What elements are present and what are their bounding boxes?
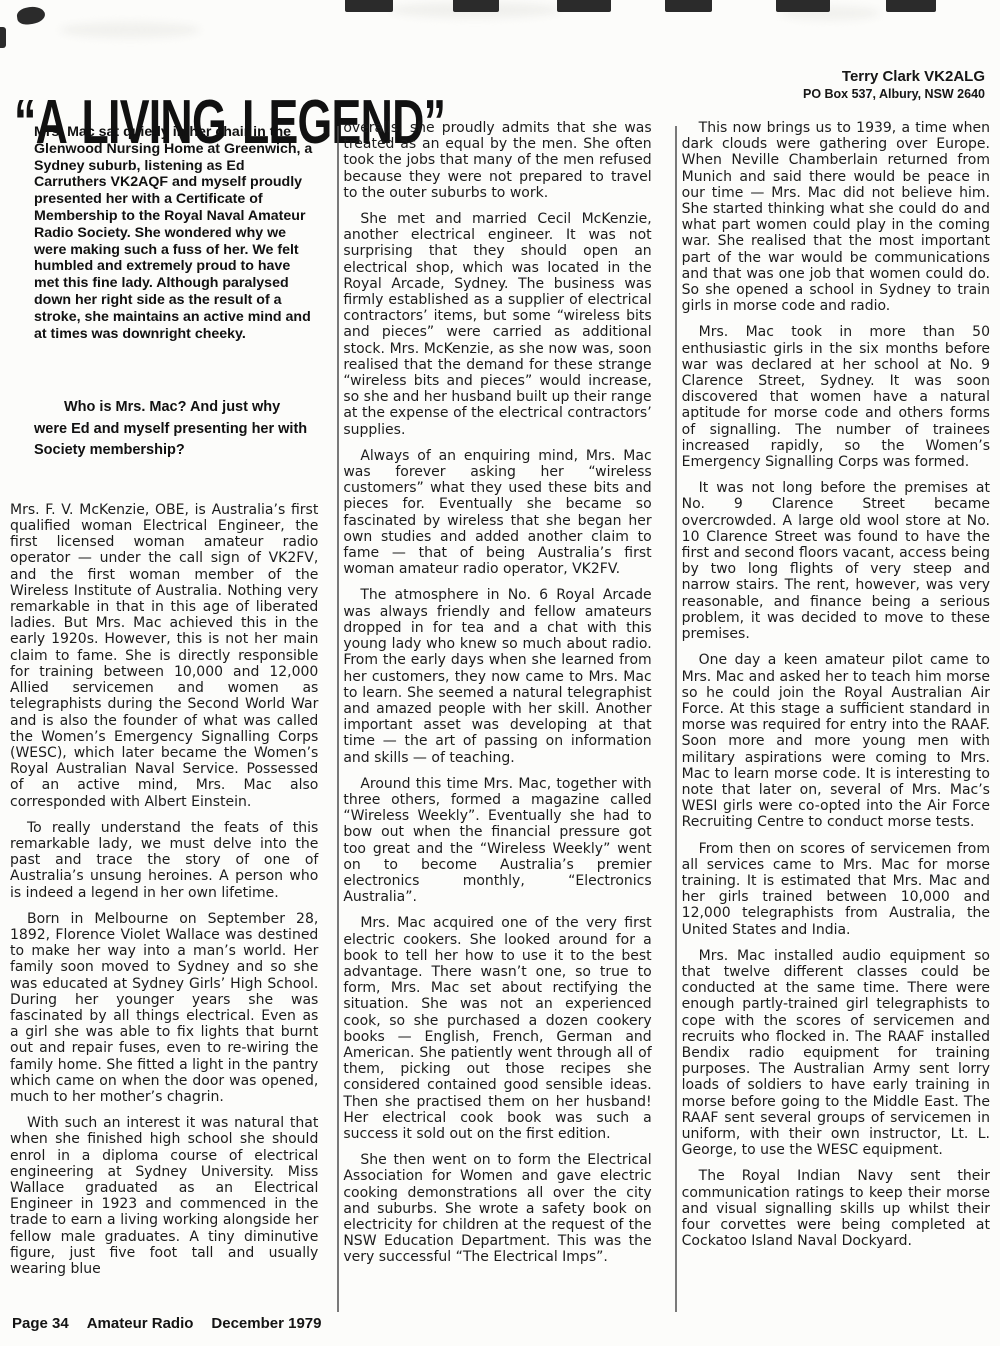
column-2: overalls, she proudly admits that she wa… — [343, 120, 651, 1287]
paragraph: Mrs. Mac took in more than 50 enthusiast… — [682, 324, 990, 470]
column-3: This now brings us to 1939, a time when … — [682, 120, 990, 1287]
magazine-page: { "header": { "title": "“A LIVING LEGEND… — [0, 0, 1000, 1346]
scan-edge-mark — [0, 27, 6, 48]
scan-registration-mark — [557, 0, 611, 12]
paragraph: Around this time Mrs. Mac, together with… — [343, 776, 651, 906]
page-number: Page 34 — [12, 1315, 69, 1332]
scan-registration-mark — [665, 0, 712, 12]
paragraph: It was not long before the premises at N… — [682, 480, 990, 642]
paragraph: Born in Melbourne on September 28, 1892,… — [10, 911, 318, 1105]
author-address: PO Box 537, Albury, NSW 2640 — [803, 87, 985, 101]
byline: Terry Clark VK2ALG PO Box 537, Albury, N… — [803, 68, 985, 101]
paragraph: Mrs. Mac acquired one of the very first … — [343, 915, 651, 1142]
paragraph: The atmosphere in No. 6 Royal Arcade was… — [343, 587, 651, 765]
scan-registration-mark — [453, 0, 499, 12]
magazine-name: Amateur Radio — [87, 1315, 194, 1332]
lead-question: Who is Mrs. Mac? And just why were Ed an… — [34, 397, 316, 462]
paragraph: Always of an enquiring mind, Mrs. Mac wa… — [343, 448, 651, 578]
paragraph: With such an interest it was natural tha… — [10, 1115, 318, 1277]
author-name: Terry Clark VK2ALG — [803, 68, 985, 85]
page-footer: Page 34Amateur RadioDecember 1979 — [12, 1315, 339, 1332]
article-body: Mrs. Mac sat quietly in her chair in the… — [10, 120, 990, 1287]
scan-registration-mark — [886, 0, 936, 12]
paragraph: Mrs. F. V. McKenzie, OBE, is Australia’s… — [10, 502, 318, 810]
paragraph: Mrs. Mac installed audio equipment so th… — [682, 948, 990, 1159]
scan-registration-mark — [776, 0, 830, 12]
issue-date: December 1979 — [211, 1315, 321, 1332]
paragraph: She then went on to form the Electrical … — [343, 1152, 651, 1265]
column-1: Mrs. Mac sat quietly in her chair in the… — [10, 120, 318, 1287]
lead-paragraph: Mrs. Mac sat quietly in her chair in the… — [34, 124, 312, 342]
paragraph: The Royal Indian Navy sent their communi… — [682, 1168, 990, 1249]
scan-ink-blob — [16, 5, 46, 26]
paragraph: To really understand the feats of this r… — [10, 820, 318, 901]
scan-registration-mark — [345, 0, 393, 12]
paragraph: One day a keen amateur pilot came to Mrs… — [682, 652, 990, 830]
paragraph: This now brings us to 1939, a time when … — [682, 120, 990, 314]
scan-smudge — [60, 22, 200, 38]
paragraph: From then on scores of servicemen from a… — [682, 841, 990, 938]
paragraph: She met and married Cecil McKenzie, anot… — [343, 211, 651, 438]
paragraph: overalls, she proudly admits that she wa… — [343, 120, 651, 201]
